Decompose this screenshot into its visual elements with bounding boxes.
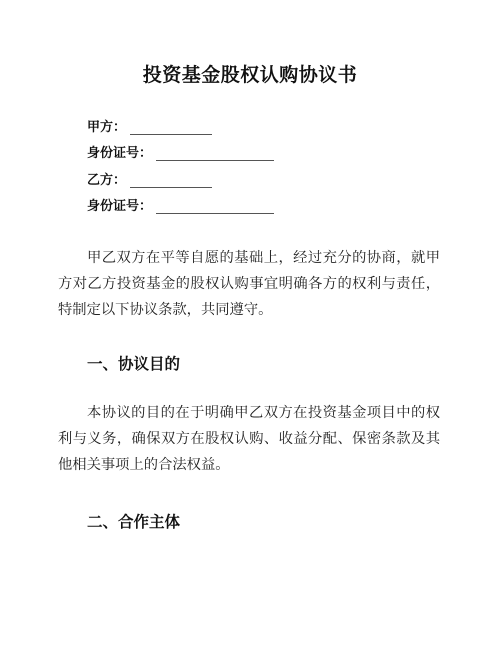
party-b-label: 乙方： [87,171,126,191]
party-a-blank [130,120,212,135]
section-1-body: 本协议的目的在于明确甲乙双方在投资基金项目中的权利与义务，确保双方在股权认购、收… [58,400,440,478]
party-b-blank [130,173,212,188]
party-b-field: 乙方： [87,171,212,191]
party-b-id-blank [156,199,274,214]
section-2-heading: 二、合作主体 [87,510,180,532]
party-a-field: 甲方： [87,118,212,138]
party-a-id-blank [156,146,274,161]
party-a-id-label: 身份证号： [87,144,152,164]
document-page: 投资基金股权认购协议书 甲方： 身份证号： 乙方： 身份证号： 甲乙双方在平等自… [0,0,500,647]
party-b-id-field: 身份证号： [87,197,274,217]
party-b-id-label: 身份证号： [87,197,152,217]
party-a-id-field: 身份证号： [87,144,274,164]
section-1-heading: 一、协议目的 [87,352,180,374]
document-title: 投资基金股权认购协议书 [0,60,500,87]
party-a-label: 甲方： [87,118,126,138]
intro-paragraph: 甲乙双方在平等自愿的基础上，经过充分的协商，就甲方对乙方投资基金的股权认购事宜明… [58,245,440,323]
